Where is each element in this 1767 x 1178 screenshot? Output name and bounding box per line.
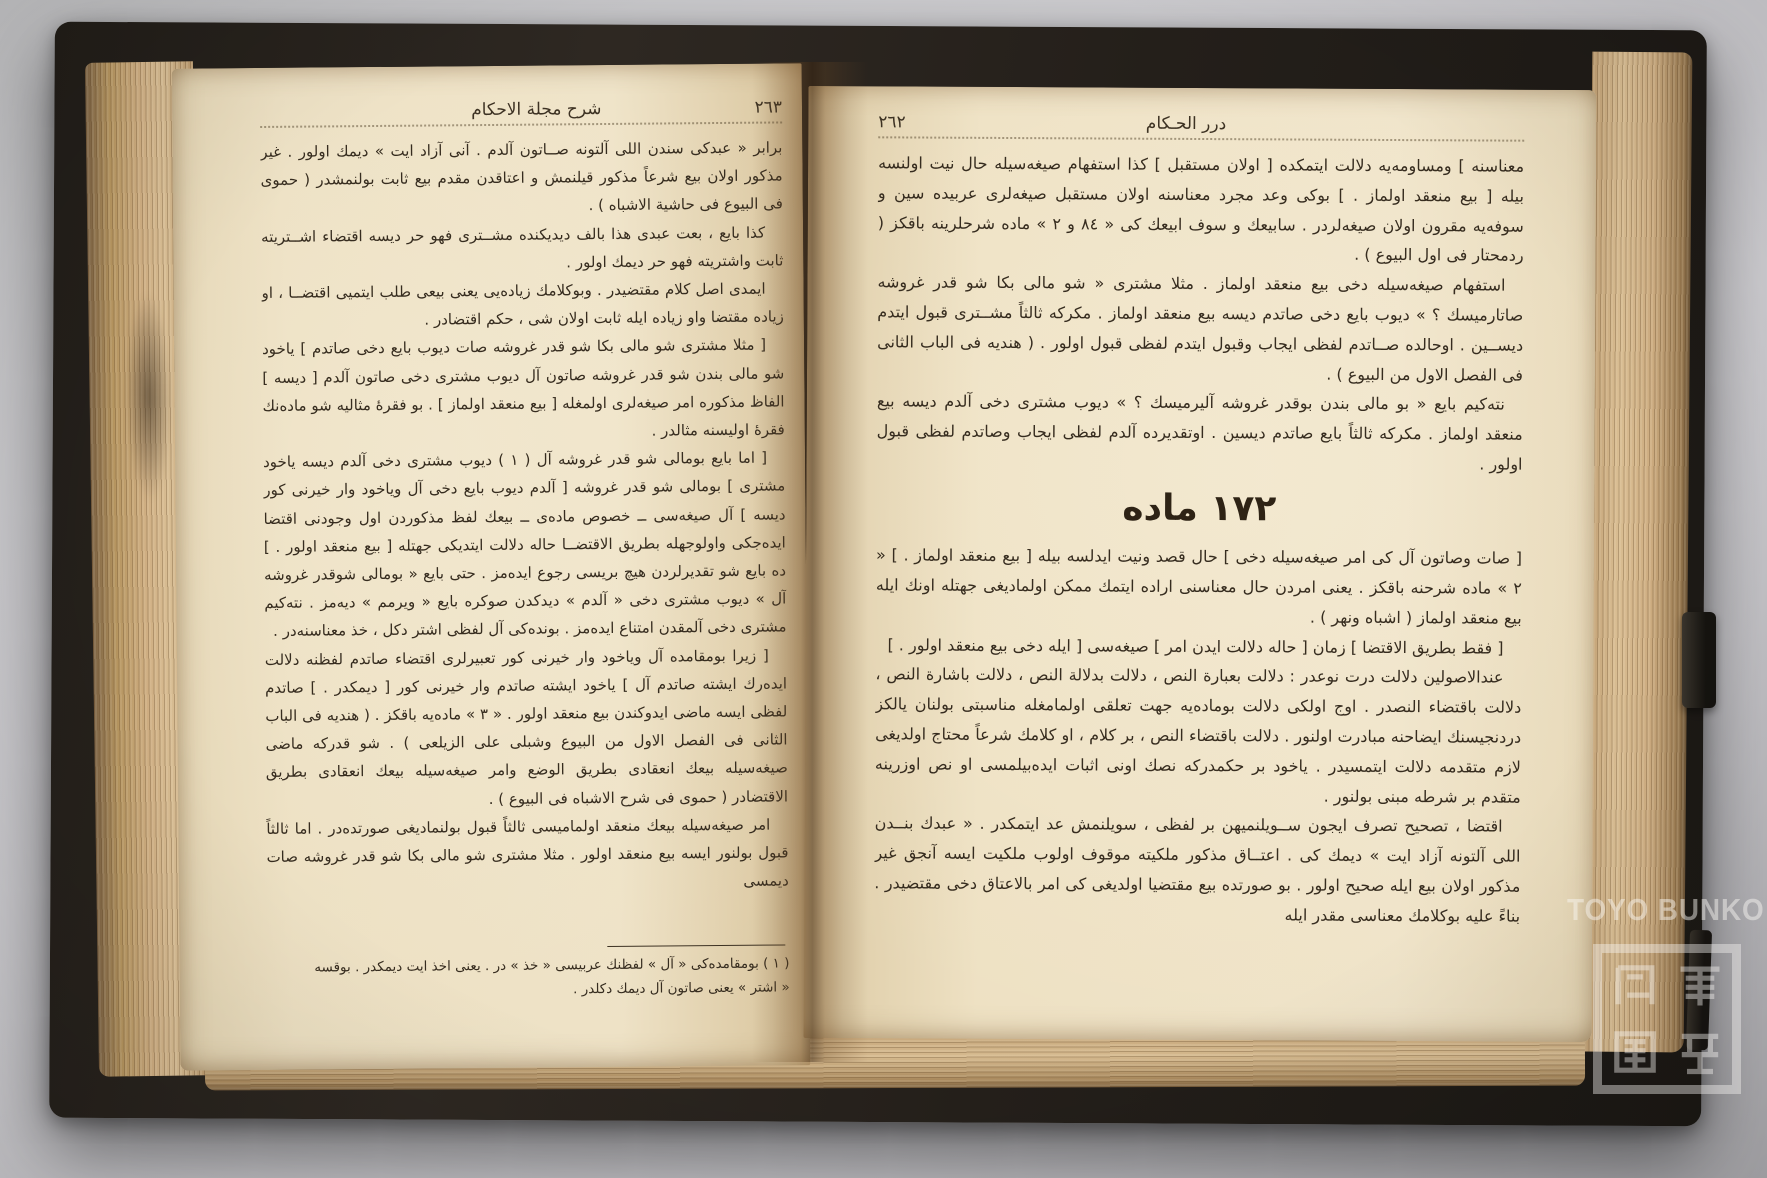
right-page-body: معناسنه ] ومساومه‌يه دلالت ايتمكده [ اول… [874, 148, 1524, 931]
body-paragraph: استفهام صيغه‌سيله دخى بيع منعقد اولماز .… [877, 267, 1524, 390]
body-paragraph: اقتضا ، تصحيح تصرف ايجون ســويلنميهن بر … [874, 809, 1521, 932]
left-page: ٢٦٣ شرح مجلة الاحكام برابر « عبدكى سندن … [172, 63, 811, 1070]
body-paragraph: برابر « عبدكى سندن اللى آلتونه صــاتون آ… [260, 133, 783, 222]
right-page-number: ٢٦٢ [878, 112, 906, 132]
body-paragraph: نته‌كيم بايع « بو مالى بندن بوقدر غروشه … [876, 387, 1522, 480]
left-page-number: ٢٦٣ [755, 97, 783, 117]
body-paragraph: كذا بايع ، بعت عبدى هذا بالف ديديكنده مش… [261, 218, 783, 279]
header-rule [260, 121, 782, 128]
body-paragraph: امر صيغه‌سيله بيعك منعقد اولماميسى ثالثا… [266, 810, 789, 898]
book-clasp [1682, 612, 1716, 708]
article-172-heading: ١٧٢ ماده [876, 482, 1522, 536]
left-page-body: برابر « عبدكى سندن اللى آلتونه صــاتون آ… [260, 133, 789, 898]
footnote-rule [607, 944, 785, 947]
body-paragraph: معناسنه ] ومساومه‌يه دلالت ايتمكده [ اول… [878, 148, 1525, 271]
footnote: ( ١ ) بومقامده‌كى « آل » لفظنك عربيسى « … [267, 944, 789, 1004]
photo-background: ٢٦٣ شرح مجلة الاحكام برابر « عبدكى سندن … [0, 0, 1767, 1178]
body-paragraph: [ فقط بطريق الاقتضا ] زمان [ حاله دلالت … [875, 630, 1521, 663]
body-paragraph: عندالاصولين دلالت درت نوعدر : دلالت بعبا… [875, 660, 1522, 812]
body-paragraph: [ زيرا بومقامده آل وياخود وار خيرنى كور … [265, 641, 788, 815]
right-page-header: درر الحـكام ٢٦٢ [878, 112, 1524, 135]
body-paragraph: [ اما بايع بومالى شو قدر غروشه آل ( ١ ) … [263, 444, 787, 646]
header-rule [878, 136, 1524, 141]
book-clasp-lower [1686, 930, 1712, 1051]
right-running-title: درر الحـكام [1146, 114, 1226, 134]
body-paragraph: [ مثلا مشترى شو مالى بكا شو قدر غروشه صا… [262, 331, 785, 448]
left-running-title: شرح مجلة الاحكام [471, 99, 601, 120]
left-page-header: ٢٦٣ شرح مجلة الاحكام [260, 97, 782, 122]
body-paragraph: ايمدى اصل كلام مقتضيدر . وبوكلامك زياده‌… [261, 274, 783, 335]
footnote-line: « اشتر » يعنى صاتون آل ديمك دكلدر . [268, 975, 790, 1004]
page-edge-right [1584, 52, 1693, 1053]
right-page: درر الحـكام ٢٦٢ معناسنه ] ومساومه‌يه دلا… [804, 86, 1597, 1042]
body-paragraph: [ صات وصاتون آل كى امر صيغه‌سيله دخى ] ح… [876, 540, 1522, 633]
